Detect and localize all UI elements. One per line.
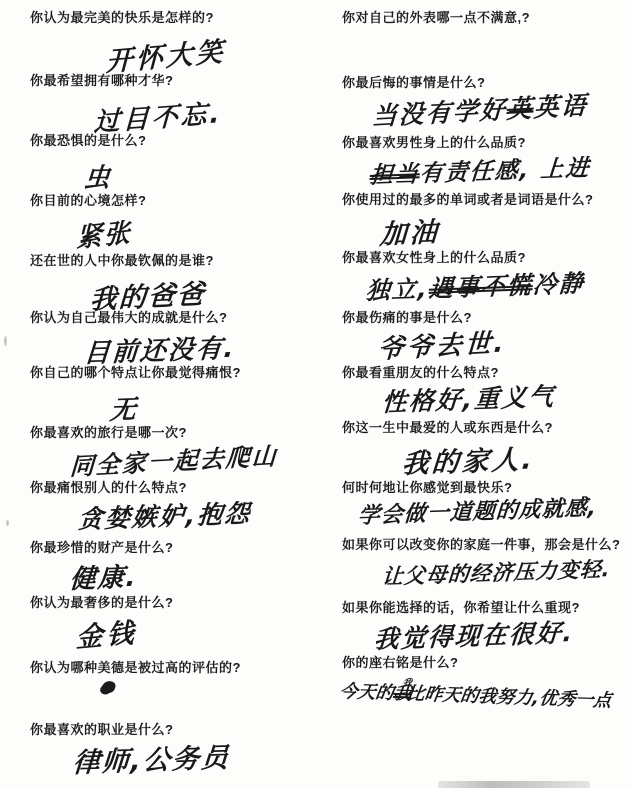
- handwritten-answer: 我觉得现在很好.: [373, 613, 576, 656]
- handwritten-answer: 加油: [379, 210, 441, 252]
- handwritten-answer: 开怀大笑: [106, 29, 226, 79]
- answer-segment: 无: [109, 389, 140, 427]
- question-text: 你最希望拥有哪种才华?: [30, 73, 173, 89]
- handwritten-answer: 学会做一道题的成就感,: [357, 491, 598, 530]
- answer-segment: 担当: [369, 155, 421, 190]
- question-text: 你最后悔的事情是什么?: [342, 75, 485, 91]
- question-text: 你使用过的最多的单词或者是词语是什么?: [342, 192, 593, 208]
- scan-artifact-smudge: [438, 781, 590, 788]
- question-column-right: 你对自己的外表哪一点不满意,?你最后悔的事情是什么?当没有学好英英语你最喜欢男性…: [330, 0, 632, 788]
- question-text: 你认为最完美的快乐是怎样的?: [30, 10, 214, 26]
- handwritten-answer: 同全家一起去爬山: [69, 436, 279, 482]
- handwritten-answer: 律师,公务员: [72, 735, 232, 780]
- question-text: 你最珍惜的财产是什么?: [30, 540, 173, 556]
- answer-segment: 我觉得现在很好.: [373, 613, 576, 656]
- answer-segment: 金钱: [76, 610, 138, 655]
- question-text: 还在世的人中你最钦佩的是谁?: [30, 253, 214, 269]
- question-text: 你认为自己最伟大的成就是什么?: [30, 310, 227, 326]
- answer-segment: 英: [506, 88, 535, 126]
- handwritten-answer: 金钱: [76, 610, 138, 655]
- ink-blot-mark: [101, 680, 117, 695]
- question-column-left: 你认为最完美的快乐是怎样的?开怀大笑你最希望拥有哪种才华?过目不忘.你最恐惧的是…: [18, 0, 320, 788]
- question-text: 你对自己的外表哪一点不满意,?: [342, 10, 530, 26]
- answer-segment: 律师,公务员: [72, 735, 232, 780]
- question-text: 你最看重朋友的什么特点?: [342, 365, 499, 381]
- answer-segment: 虫: [83, 157, 114, 195]
- answer-segment: 爷爷去世.: [377, 322, 508, 366]
- handwritten-answer: 无: [109, 389, 140, 427]
- answer-segment: 比昨天的我努力,优秀一点: [405, 679, 613, 712]
- handwritten-answer: 我的家人.: [401, 437, 537, 481]
- question-text: 你目前的心境怎样?: [30, 193, 146, 209]
- handwritten-answer: 担当有责任感, 上进: [369, 149, 592, 190]
- answer-segment: 我的家人.: [401, 437, 537, 481]
- question-text: 你最喜欢的职业是什么?: [30, 722, 173, 738]
- answer-segment: 健康.: [69, 557, 139, 596]
- handwritten-answer: 虫: [83, 157, 114, 195]
- question-text: 你认为最奢侈的是什么?: [30, 595, 173, 611]
- scan-speck: [4, 336, 7, 346]
- answer-segment: 有责任感, 上进: [419, 149, 592, 188]
- scanned-questionnaire-page: 你认为最完美的快乐是怎样的?开怀大笑你最希望拥有哪种才华?过目不忘.你最恐惧的是…: [0, 0, 632, 788]
- question-text: 你这一生中最爱的人或东西是什么?: [342, 420, 553, 436]
- answer-segment: 遇事不慌: [428, 265, 534, 304]
- scan-speck: [6, 520, 9, 526]
- handwritten-answer: 健康.: [69, 557, 139, 596]
- answer-segment: 让父母的经济压力变轻.: [381, 553, 612, 591]
- question-text: 你的座右铭是什么?: [342, 655, 458, 671]
- handwritten-answer: 独立,遇事不慌冷静: [365, 263, 586, 306]
- question-text: 你认为哪种美德是被过高的评估的?: [30, 660, 241, 676]
- question-text: 你最痛恨别人的什么特点?: [30, 480, 187, 496]
- handwritten-answer: 今天的我我比昨天的我努力,优秀一点: [338, 673, 614, 712]
- answer-segment: 冷静: [532, 263, 586, 300]
- answer-segment: 紧张: [76, 212, 132, 255]
- handwritten-answer: 目前还没有.: [83, 328, 237, 370]
- question-text: 你最喜欢女性身上的什么品质?: [342, 250, 526, 266]
- question-text: 你最喜欢男性身上的什么品质?: [342, 135, 526, 151]
- handwritten-answer: 性格好,重义气: [381, 377, 557, 419]
- question-text: 如果你可以改变你的家庭一件事，那会是什么?: [342, 537, 620, 553]
- answer-segment: 性格好,重义气: [381, 377, 557, 419]
- question-text: 你最恐惧的是什么?: [30, 133, 146, 149]
- answer-segment: 开怀大笑: [106, 29, 226, 79]
- handwritten-answer: [101, 681, 116, 697]
- question-text: 你最喜欢的旅行是哪一次?: [30, 425, 187, 441]
- answer-segment: 学会做一道题的成就感,: [357, 491, 598, 530]
- answer-segment: 加油: [379, 210, 441, 252]
- answer-segment: 贪婪嫉妒,抱怨: [77, 494, 253, 536]
- answer-segment: 目前还没有.: [83, 328, 237, 370]
- answer-segment: 独立,: [365, 269, 431, 306]
- answer-segment: 英语: [533, 86, 589, 125]
- handwritten-answer: 贪婪嫉妒,抱怨: [77, 494, 253, 536]
- answer-segment: 当没有学好: [371, 90, 508, 133]
- handwritten-answer: 紧张: [76, 212, 132, 255]
- handwritten-answer: 当没有学好英英语: [371, 86, 589, 133]
- question-text: 你最伤痛的事是什么?: [342, 310, 472, 326]
- handwritten-answer: 让父母的经济压力变轻.: [381, 553, 612, 591]
- handwritten-answer: 爷爷去世.: [377, 322, 508, 366]
- answer-segment: 今天的: [338, 677, 396, 705]
- question-text: 你自己的哪个特点让你最觉得痛恨?: [30, 365, 241, 381]
- answer-segment: 同全家一起去爬山: [69, 436, 279, 482]
